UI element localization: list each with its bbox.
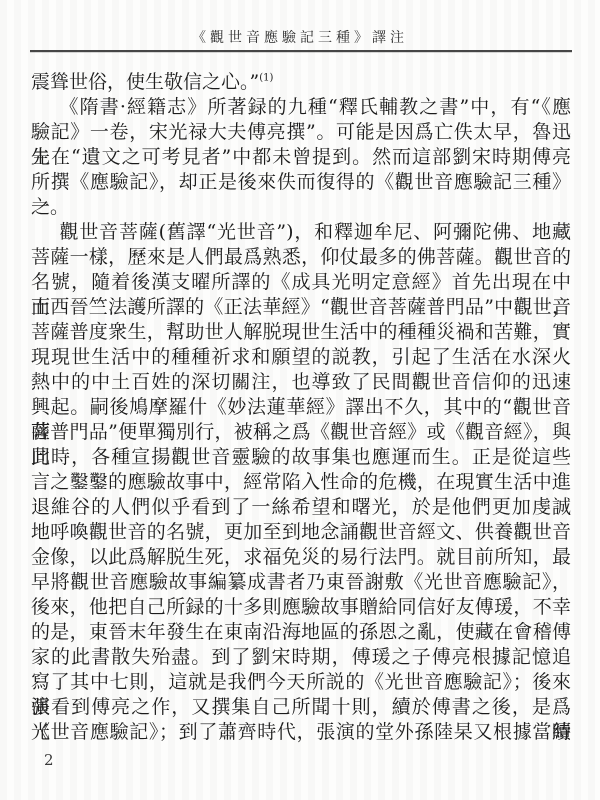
footnote-marker: (1)	[259, 73, 273, 84]
body-lines: 震聳世俗，使生敬信之心。”(1)《隋書·經籍志》所著録的九種“釋氏輔教之書”中，…	[31, 70, 571, 745]
text-line: 熱中的中土百姓的深切關注，也導致了民間觀世音信仰的迅速	[31, 370, 571, 395]
text-line: 而西晉竺法護所譯的《正法華經》“觀世音菩薩普門品”中觀世音	[31, 295, 571, 320]
text-line: 一。	[31, 195, 571, 220]
text-line: 演看到傅亮之作，又撰集自己所聞十則，續於傅書之後，是爲《續	[31, 695, 571, 720]
text-line: 地呼喚觀世音的名號，更加至到地念誦觀世音經文、供養觀世音	[31, 520, 571, 545]
text-line: 光世音應驗記》；到了蕭齊時代，張演的堂外孫陸杲又根據當時	[31, 720, 571, 745]
text-line: 驗記》一卷，宋光禄大夫傅亮撰”。可能是因爲亡佚太早，魯迅先	[31, 120, 571, 145]
text-line: 言之鑿鑿的應驗故事中，經常陷入性命的危機，在現實生活中進	[31, 470, 571, 495]
text-line: 薩普門品”便單獨別行，被稱之爲《觀世音經》或《觀音經》，與此	[31, 420, 571, 445]
text-line: 寫了其中七則，這就是我們今天所説的《光世音應驗記》；後來張	[31, 670, 571, 695]
text-line: 所撰《應驗記》，却正是後來佚而復得的《觀世音應驗記三種》之	[31, 170, 571, 195]
text-line: 興起。嗣後鳩摩羅什《妙法蓮華經》譯出不久，其中的“觀世音菩	[31, 395, 571, 420]
text-line: 的是，東晉末年發生在東南沿海地區的孫恩之亂，使藏在會稽傅	[31, 620, 571, 645]
text-line: 同時，各種宣揚觀世音靈驗的故事集也應運而生。正是從這些	[31, 445, 571, 470]
text-line: 早將觀世音應驗故事編纂成書者乃東晉謝敷《光世音應驗記》，	[31, 570, 571, 595]
header-rule	[30, 50, 572, 52]
text-line: 退維谷的人們似乎看到了一絲希望和曙光，於是他們更加虔誠	[31, 495, 571, 520]
text-line: 菩薩一樣，歷來是人們最爲熟悉，仰仗最多的佛菩薩。觀世音的	[31, 245, 571, 270]
text-line: 家的此書散失殆盡。到了劉宋時期，傅瑗之子傅亮根據記憶追	[31, 645, 571, 670]
text-line: 現現世生活中的種種祈求和願望的説教，引起了生活在水深火	[31, 345, 571, 370]
text-line: 後來，他把自己所録的十多則應驗故事贈給同信好友傅瑗，不幸	[31, 595, 571, 620]
text-line: 金像，以此爲解脱生死，求福免災的易行法門。就目前所知，最	[31, 545, 571, 570]
text-line: 菩薩普度衆生，幫助世人解脱現世生活中的種種災禍和苦難，實	[31, 320, 571, 345]
running-header-title: 《觀世音應驗記三種》譯注	[0, 27, 600, 47]
text-line: 《隋書·經籍志》所著録的九種“釋氏輔教之書”中，有“《應	[31, 95, 571, 120]
text-line: 名號，隨着後漢支曜所譯的《成具光明定意經》首先出現在中土，	[31, 270, 571, 295]
page-number: 2	[44, 751, 54, 769]
text-line: 觀世音菩薩(舊譯“光世音”)，和釋迦牟尼、阿彌陀佛、地藏	[31, 220, 571, 245]
text-line: 震聳世俗，使生敬信之心。”(1)	[31, 70, 571, 95]
text-line: 生在“遺文之可考見者”中都未曾提到。然而這部劉宋時期傅亮	[31, 145, 571, 170]
